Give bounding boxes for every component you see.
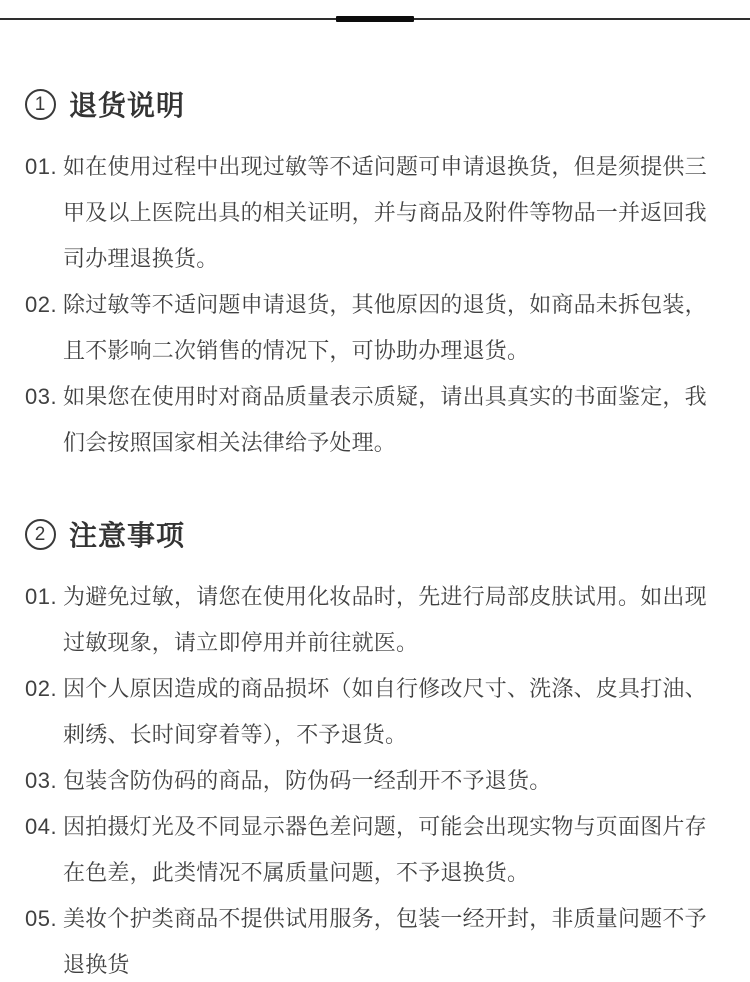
list-item: 03. 包装含防伪码的商品，防伪码一经刮开不予退货。 <box>25 758 725 804</box>
item-text: 除过敏等不适问题申请退货，其他原因的退货，如商品未拆包装，且不影响二次销售的情况… <box>63 282 725 374</box>
list-item: 05. 美妆个护类商品不提供试用服务，包装一经开封，非质量问题不予退换货 <box>25 896 725 982</box>
item-number: 02. <box>25 666 63 758</box>
list-item: 02. 除过敏等不适问题申请退货，其他原因的退货，如商品未拆包装，且不影响二次销… <box>25 282 725 374</box>
policy-content: 1 退货说明 01. 如在使用过程中出现过敏等不适问题可申请退换货，但是须提供三… <box>0 20 750 982</box>
section-title-text: 注意事项 <box>69 514 185 554</box>
section-heading: 1 退货说明 <box>25 84 725 124</box>
seam-thick-bar <box>336 16 414 22</box>
item-number: 01. <box>25 574 63 666</box>
item-text: 为避免过敏，请您在使用化妆品时，先进行局部皮肤试用。如出现过敏现象，请立即停用并… <box>63 574 725 666</box>
item-number: 03. <box>25 758 63 804</box>
list-item: 02. 因个人原因造成的商品损坏（如自行修改尺寸、洗涤、皮具打油、刺绣、长时间穿… <box>25 666 725 758</box>
circled-number-icon: 2 <box>25 519 56 550</box>
item-text: 因个人原因造成的商品损坏（如自行修改尺寸、洗涤、皮具打油、刺绣、长时间穿着等），… <box>63 666 725 758</box>
item-text: 因拍摄灯光及不同显示器色差问题，可能会出现实物与页面图片存在色差，此类情况不属质… <box>63 804 725 896</box>
item-number: 03. <box>25 374 63 466</box>
item-text: 美妆个护类商品不提供试用服务，包装一经开封，非质量问题不予退换货 <box>63 896 725 982</box>
list-item: 01. 为避免过敏，请您在使用化妆品时，先进行局部皮肤试用。如出现过敏现象，请立… <box>25 574 725 666</box>
item-text: 包装含防伪码的商品，防伪码一经刮开不予退货。 <box>63 758 725 804</box>
section-heading: 2 注意事项 <box>25 514 725 554</box>
list-item: 04. 因拍摄灯光及不同显示器色差问题，可能会出现实物与页面图片存在色差，此类情… <box>25 804 725 896</box>
section-title-text: 退货说明 <box>69 84 185 124</box>
section-return-policy: 1 退货说明 01. 如在使用过程中出现过敏等不适问题可申请退换货，但是须提供三… <box>25 84 725 466</box>
section-notes: 2 注意事项 01. 为避免过敏，请您在使用化妆品时，先进行局部皮肤试用。如出现… <box>25 514 725 982</box>
list-item: 03. 如果您在使用时对商品质量表示质疑，请出具真实的书面鉴定，我们会按照国家相… <box>25 374 725 466</box>
item-text: 如在使用过程中出现过敏等不适问题可申请退换货，但是须提供三甲及以上医院出具的相关… <box>63 144 725 282</box>
item-text: 如果您在使用时对商品质量表示质疑，请出具真实的书面鉴定，我们会按照国家相关法律给… <box>63 374 725 466</box>
item-number: 02. <box>25 282 63 374</box>
circled-number-icon: 1 <box>25 89 56 120</box>
item-number: 04. <box>25 804 63 896</box>
item-number: 01. <box>25 144 63 282</box>
image-seam-separator <box>0 18 750 20</box>
item-number: 05. <box>25 896 63 982</box>
list-item: 01. 如在使用过程中出现过敏等不适问题可申请退换货，但是须提供三甲及以上医院出… <box>25 144 725 282</box>
